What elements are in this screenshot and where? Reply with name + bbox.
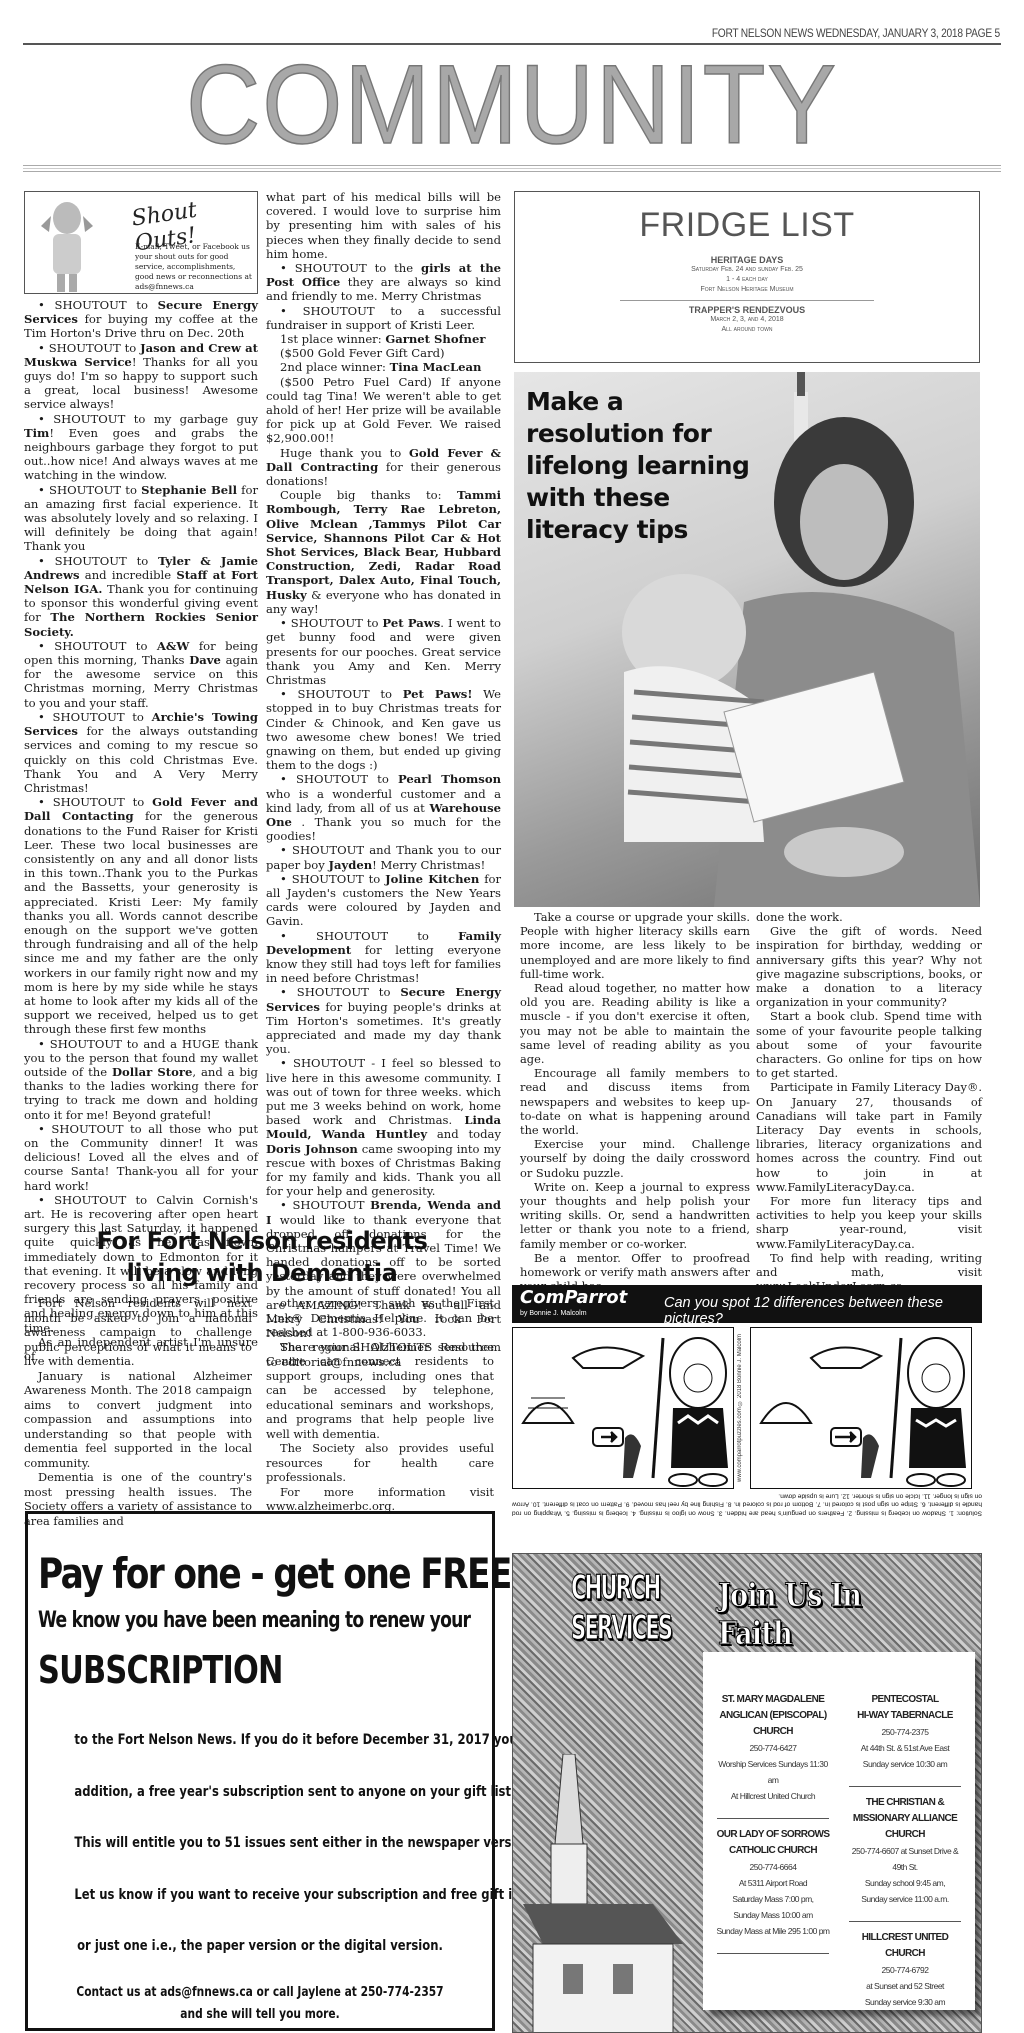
shoutout-name: Doris Johnson <box>266 1142 358 1156</box>
literacy-paragraph: Participate in Family Literacy Day®. On … <box>756 1080 982 1194</box>
shoutout-item: • SHOUTOUT to Pearl Thomson who is a won… <box>266 772 501 843</box>
shoutouts-column-2: what part of his medical bills will be c… <box>266 190 501 1369</box>
literacy-paragraph: For more fun literacy tips and activitie… <box>756 1194 982 1251</box>
church-divider <box>849 1921 961 1922</box>
shoutout-name: Dave <box>189 653 221 667</box>
ad-contact-line: and she will tell you more. <box>70 2004 450 2026</box>
church-detail: Worship Services Sundays 11:30 am <box>713 1756 833 1788</box>
title-line: SERVICES <box>571 1608 671 1648</box>
shoutout-name: Family Development <box>266 929 501 957</box>
comic-panel-left <box>512 1327 734 1489</box>
shoutout-name: Brenda, Wenda and I <box>266 1198 501 1226</box>
church-entry: THE CHRISTIAN &MISSIONARY ALLIANCE CHURC… <box>845 1795 965 1907</box>
shoutouts-banner: Shout Outs! E-mail, Tweet, or Facebook u… <box>24 191 258 294</box>
shouting-person-illustration <box>37 196 97 294</box>
shoutouts-column-1: • SHOUTOUT to Secure Energy Services for… <box>24 298 258 1363</box>
church-detail: At 5311 Airport Road <box>713 1875 833 1891</box>
shoutout-name: Tim <box>24 426 49 440</box>
fridge-list-title: FRIDGE LIST <box>515 206 979 245</box>
shoutout-name: Secure Energy Services <box>266 985 501 1013</box>
church-detail: Sunday service 11:00 a.m. <box>845 1891 965 1907</box>
shoutout-name: The Northern Rockies Senior Society. <box>24 610 258 638</box>
shoutouts-instructions: E-mail, Tweet, or Facebook us your shout… <box>135 242 255 292</box>
shoutout-name: Warehouse One <box>266 801 501 829</box>
shoutout-name: Stephanie Bell <box>141 483 237 497</box>
arctic-scene-illustration <box>751 1328 972 1489</box>
comic-panel-right <box>750 1327 972 1489</box>
shoutout-name: girls at the Post Office <box>266 261 501 289</box>
shoutout-name: Tina MacLean <box>390 360 482 374</box>
literacy-paragraph: Write on. Keep a journal to express your… <box>520 1180 750 1251</box>
dementia-paragraph: The regional Alzheimer Resource Centre c… <box>266 1340 494 1442</box>
shoutout-item: • SHOUTOUT to Joline Kitchen for all Jay… <box>266 872 501 929</box>
fridge-list: FRIDGE LIST HERITAGE DAYS Saturday Feb. … <box>514 191 980 363</box>
shoutout-item: • SHOUTOUT to all those who put on the C… <box>24 1122 258 1193</box>
church-name: ANGLICAN (EPISCOPAL) <box>713 1708 833 1724</box>
church-detail: Sunday school 9:45 am, <box>845 1875 965 1891</box>
shoutout-name: Gold Fever & Dall Contracting <box>266 446 501 474</box>
shoutout-item: • SHOUTOUT - I feel so blessed to live h… <box>266 1056 501 1198</box>
church-name: HILLCREST UNITED CHURCH <box>845 1930 965 1962</box>
arctic-scene-illustration <box>513 1328 734 1489</box>
church-detail: Saturday Mass 7:00 pm, <box>713 1891 833 1907</box>
church-name: CHURCH <box>713 1724 833 1740</box>
event-line: Fort Nelson Heritage Museum <box>515 285 979 295</box>
church-detail: at Sunset and 52 Street <box>845 1978 965 1994</box>
shoutout-name: Dollar Store <box>112 1065 192 1079</box>
church-detail: Sunday service 9:30 am <box>845 1994 965 2010</box>
comic-header: ComParrot by Bonnie J. Malcolm Can you s… <box>512 1285 982 1323</box>
shoutout-item: • SHOUTOUT to Tyler & Jamie Andrews and … <box>24 554 258 639</box>
title-line: CHURCH <box>571 1568 671 1608</box>
church-name: THE CHRISTIAN & <box>845 1795 965 1811</box>
fridge-event: HERITAGE DAYS Saturday Feb. 24 and sunda… <box>515 255 979 295</box>
event-line: All around town <box>515 325 979 335</box>
shoutout-name: Secure Energy Services <box>24 298 258 326</box>
literacy-paragraph: done the work. <box>756 910 982 924</box>
shoutout-name: Jayden <box>328 858 372 872</box>
shoutout-name: Tammi Rombough, Terry Rae Lebreton, Oliv… <box>266 488 501 601</box>
church-tagline: Join Us In Faith <box>718 1576 942 1652</box>
page-folio: FORT NELSON NEWS WEDNESDAY, JANUARY 3, 2… <box>712 26 1000 40</box>
dementia-column-1: Fort Nelson residents will next month be… <box>24 1296 252 1528</box>
shoutout-name: A&W <box>157 639 189 653</box>
ad-line: to the Fort Nelson News. If you do it be… <box>74 1730 445 1782</box>
shoutout-name: Joline Kitchen <box>385 872 479 886</box>
church-detail: 250-774-6792 <box>845 1962 965 1978</box>
church-divider <box>717 1818 829 1819</box>
ad-line: or just one i.e., the paper version or t… <box>74 1936 445 1988</box>
shoutout-name: Archie's Towing Services <box>24 710 258 738</box>
shoutout-name: Garnet Shofner <box>385 332 485 346</box>
shoutout-item: • SHOUTOUT to Pet Paws. I went to get bu… <box>266 616 501 687</box>
church-services-title: CHURCH SERVICES <box>571 1568 671 1648</box>
event-name: TRAPPER'S RENDEZVOUS <box>515 305 979 315</box>
church-name: OUR LADY OF SORROWS <box>713 1827 833 1843</box>
church-detail: 250-774-6607 at Sunset Drive & 49th St. <box>845 1843 965 1875</box>
comic-solution: Solution: 1. Shadow on iceberg is missin… <box>512 1491 982 1517</box>
ad-contact: Contact us at ads@fnnews.ca or call Jayl… <box>70 1982 450 2026</box>
church-name: PENTECOSTAL <box>845 1692 965 1708</box>
dementia-paragraph: Fort Nelson residents will next month be… <box>24 1296 252 1369</box>
church-name: HI-WAY TABERNACLE <box>845 1708 965 1724</box>
literacy-column-2: done the work.Give the gift of words. Ne… <box>756 910 982 1293</box>
dementia-paragraph: other caregivers, such as the First Link… <box>266 1296 494 1340</box>
shoutout-name: Linda Mould, Wanda Huntley <box>266 1113 501 1141</box>
event-line: Saturday Feb. 24 and sunday Feb. 25 <box>515 265 979 275</box>
church-entry: PENTECOSTALHI-WAY TABERNACLE250-774-2375… <box>845 1692 965 1772</box>
section-title: COMMUNITY <box>41 50 983 160</box>
shoutout-item: 1st place winner: Garnet Shofner <box>266 332 501 346</box>
church-column-left: ST. MARY MAGDALENEANGLICAN (EPISCOPAL)CH… <box>713 1692 833 1962</box>
shoutout-name: Pet Paws <box>382 616 440 630</box>
literacy-paragraph: Exercise your mind. Challenge yourself b… <box>520 1137 750 1180</box>
church-name: ST. MARY MAGDALENE <box>713 1692 833 1708</box>
shoutout-item: Couple big thanks to: Tammi Rombough, Te… <box>266 488 501 616</box>
shoutout-name: Pearl Thomson <box>398 772 501 786</box>
literacy-paragraph: Take a course or upgrade your skills. Pe… <box>520 910 750 981</box>
ad-line: addition, a free year's subscription sen… <box>74 1782 445 1834</box>
shoutout-item: • SHOUTOUT to Secure Energy Services for… <box>24 298 258 341</box>
shoutout-item: • SHOUTOUT to and a HUGE thank you to th… <box>24 1037 258 1122</box>
shoutout-name: Jason and Crew at Muskwa Service <box>24 341 258 369</box>
church-detail: Sunday Mass 10:00 am <box>713 1907 833 1923</box>
literacy-paragraph: Give the gift of words. Need inspiration… <box>756 924 982 1009</box>
headline-line: living with Dementia <box>24 1257 500 1289</box>
shoutout-name: Gold Fever and Dall Contacting <box>24 795 258 823</box>
shoutout-item: • SHOUTOUT to Secure Energy Services for… <box>266 985 501 1056</box>
literacy-column-1: Take a course or upgrade your skills. Pe… <box>520 910 750 1293</box>
ad-line: Let us know if you want to receive your … <box>74 1885 445 1937</box>
shoutout-item: • SHOUTOUT to Stephanie Bell for an amaz… <box>24 483 258 554</box>
literacy-paragraph: Encourage all family members to read and… <box>520 1066 750 1137</box>
church-entry: ST. MARY MAGDALENEANGLICAN (EPISCOPAL)CH… <box>713 1692 833 1804</box>
shoutout-item: • SHOUTOUT to Family Development for let… <box>266 929 501 986</box>
church-divider <box>717 1953 829 1954</box>
event-name: HERITAGE DAYS <box>515 255 979 265</box>
dementia-paragraph: The Society also provides useful resourc… <box>266 1441 494 1485</box>
ad-subhead-subscription: SUBSCRIPTION <box>38 1648 283 1692</box>
masthead-rule <box>23 165 1001 172</box>
shoutout-item: • SHOUTOUT to my garbage guy Tim! Even g… <box>24 412 258 483</box>
church-detail: Sunday Mass at Mile 295 1:00 pm <box>713 1923 833 1939</box>
shoutout-item: • SHOUTOUT to Pet Paws! We stopped in to… <box>266 687 501 772</box>
dementia-column-2: other caregivers, such as the First Link… <box>266 1296 494 1514</box>
church-listings: ST. MARY MAGDALENEANGLICAN (EPISCOPAL)CH… <box>703 1652 975 2010</box>
church-entry: OUR LADY OF SORROWSCATHOLIC CHURCH250-77… <box>713 1827 833 1939</box>
church-name: MISSIONARY ALLIANCE CHURCH <box>845 1811 965 1843</box>
comic-credit: www.comparrotpuzzles.com © 2018 Bonnie J… <box>737 1327 747 1489</box>
shoutout-item: Huge thank you to Gold Fever & Dall Cont… <box>266 446 501 489</box>
fridge-event: TRAPPER'S RENDEZVOUS March 2, 3, and 4, … <box>515 305 979 335</box>
shoutout-item: ($500 Petro Fuel Card) If anyone could t… <box>266 375 501 446</box>
church-detail: At Hillcrest United Church <box>713 1788 833 1804</box>
church-detail: At 44th St. & 51st Ave East <box>845 1740 965 1756</box>
shoutout-item: • SHOUTOUT and Thank you to our paper bo… <box>266 843 501 871</box>
comic-byline: by Bonnie J. Malcolm <box>520 1310 587 1317</box>
church-building-illustration <box>523 1754 683 2033</box>
shoutout-item: ($500 Gold Fever Gift Card) <box>266 346 501 360</box>
comic-logo: ComParrot <box>520 1287 627 1308</box>
shoutout-item: • SHOUTOUT to Jason and Crew at Muskwa S… <box>24 341 258 412</box>
church-detail: 250-774-6427 <box>713 1740 833 1756</box>
shoutout-item: • SHOUTOUT to Gold Fever and Dall Contac… <box>24 795 258 1036</box>
literacy-headline: Make a resolution for lifelong learning … <box>526 386 766 546</box>
dementia-headline: For Fort Nelson residents living with De… <box>24 1225 500 1289</box>
subscription-ad: Pay for one - get one FREE We know you h… <box>25 1511 495 2031</box>
literacy-paragraph: Read aloud together, no matter how old y… <box>520 981 750 1066</box>
shoutout-item: • SHOUTOUT to Archie's Towing Services f… <box>24 710 258 795</box>
event-line: 1 - 4 each day <box>515 275 979 285</box>
ad-contact-line: Contact us at ads@fnnews.ca or call Jayl… <box>70 1982 450 2004</box>
shoutout-item: 2nd place winner: Tina MacLean <box>266 360 501 374</box>
shoutout-item: • SHOUTOUT to a successful fundraiser in… <box>266 304 501 332</box>
church-detail: 250-774-2375 <box>845 1724 965 1740</box>
church-detail: Sunday service 10:30 am <box>845 1756 965 1772</box>
comparrot-puzzle: ComParrot by Bonnie J. Malcolm Can you s… <box>512 1285 982 1517</box>
church-entry: HILLCREST UNITED CHURCH250-774-6792at Su… <box>845 1930 965 2010</box>
shoutout-item: • SHOUTOUT to the girls at the Post Offi… <box>266 261 501 304</box>
church-services-ad: CHURCH SERVICES Join Us In Faith ST. MAR… <box>512 1553 982 2033</box>
shoutout-name: Pet Paws! <box>403 687 473 701</box>
shoutout-item: what part of his medical bills will be c… <box>266 190 501 261</box>
church-column-right: PENTECOSTALHI-WAY TABERNACLE250-774-2375… <box>845 1692 965 2020</box>
ad-headline: Pay for one - get one FREE <box>38 1549 511 1598</box>
headline-line: For Fort Nelson residents <box>24 1225 500 1257</box>
fridge-divider <box>620 300 874 301</box>
literacy-paragraph: Start a book club. Spend time with some … <box>756 1009 982 1080</box>
dementia-paragraph: For more information visit www.alzheimer… <box>266 1485 494 1514</box>
ad-body: to the Fort Nelson News. If you do it be… <box>28 1730 492 1988</box>
church-divider <box>849 1786 961 1787</box>
literacy-photo: Make a resolution for lifelong learning … <box>514 372 980 907</box>
church-detail: 250-774-6664 <box>713 1859 833 1875</box>
church-name: CATHOLIC CHURCH <box>713 1843 833 1859</box>
shoutout-item: • SHOUTOUT to A&W for being open this mo… <box>24 639 258 710</box>
ad-subhead: We know you have been meaning to renew y… <box>38 1608 470 1633</box>
comic-question: Can you spot 12 differences between thes… <box>664 1295 982 1327</box>
event-line: March 2, 3, and 4, 2018 <box>515 315 979 325</box>
ad-line: This will entitle you to 51 issues sent … <box>74 1833 445 1885</box>
dementia-paragraph: January is national Alzheimer Awareness … <box>24 1369 252 1471</box>
